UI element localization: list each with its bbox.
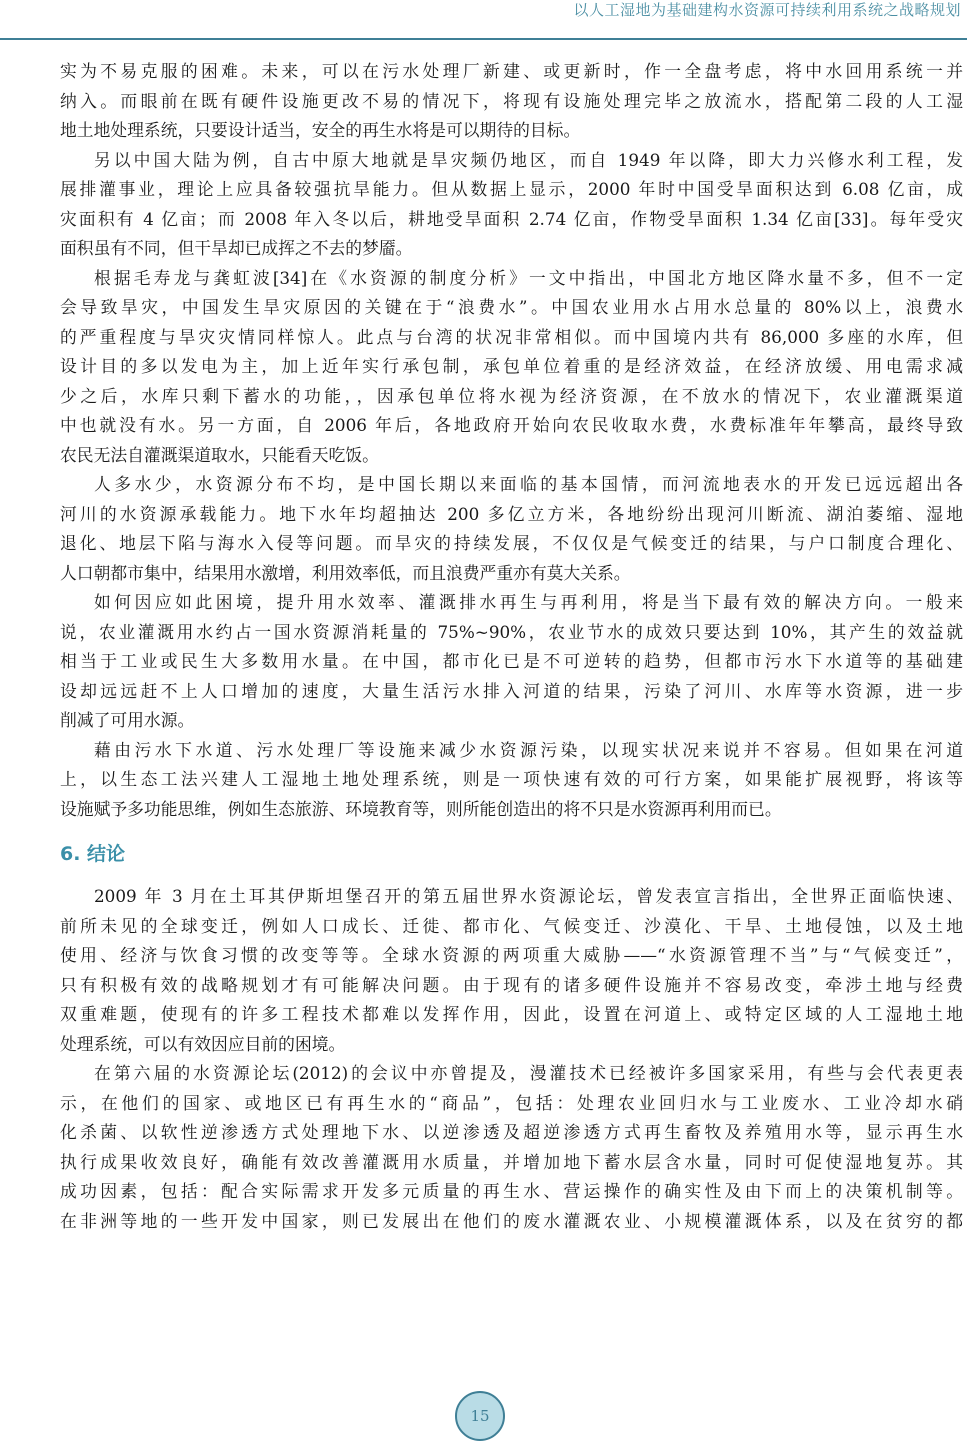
header-divider	[0, 38, 967, 40]
text-line: 河川的水资源承载能力。地下水年均超抽达 200 多亿立方米，各地纷纷出现河川断流…	[60, 500, 963, 530]
text-line: 的严重程度与旱灾灾情同样惊人。此点与台湾的状况非常相似。而中国境内共有 86,0…	[60, 323, 963, 353]
text-line: 面积虽有不同，但干旱却已成挥之不去的梦靥。	[60, 234, 963, 264]
text-line: 设却远远赶不上人口增加的速度，大量生活污水排入河道的结果，污染了河川、水库等水资…	[60, 677, 963, 707]
text-line: 另以中国大陆为例，自古中原大地就是旱灾频仍地区，而自 1949 年以降，即大力兴…	[60, 146, 963, 176]
text-line: 2009 年 3 月在土耳其伊斯坦堡召开的第五届世界水资源论坛，曾发表宣言指出，…	[60, 882, 963, 912]
text-line: 人口朝都市集中，结果用水激增，利用效率低，而且浪费严重亦有莫大关系。	[60, 559, 963, 589]
section-heading-conclusion: 6. 结论	[60, 824, 963, 882]
text-line: 展排灌事业，理论上应具备较强抗旱能力。但从数据上显示，2000 年时中国受旱面积…	[60, 175, 963, 205]
text-line: 根据毛寿龙与龚虹波[34]在《水资源的制度分析》一文中指出，中国北方地区降水量不…	[60, 264, 963, 294]
page-number-badge: 15	[455, 1391, 505, 1441]
text-line: 灾面积有 4 亿亩；而 2008 年入冬以后，耕地受旱面积 2.74 亿亩，作物…	[60, 205, 963, 235]
text-line: 处理系统，可以有效因应目前的困境。	[60, 1030, 963, 1060]
text-line: 双重难题，使现有的许多工程技术都难以发挥作用，因此，设置在河道上、或特定区域的人…	[60, 1000, 963, 1030]
paragraph: 在第六届的水资源论坛(2012)的会议中亦曾提及，漫灌技术已经被许多国家采用，有…	[60, 1059, 963, 1236]
text-line: 地土地处理系统，只要设计适当，安全的再生水将是可以期待的目标。	[60, 116, 963, 146]
running-header-title: 以人工湿地为基础建构水资源可持续利用系统之战略规划	[573, 0, 961, 26]
text-line: 如何因应如此困境，提升用水效率、灌溉排水再生与再利用，将是当下最有效的解决方向。…	[60, 588, 963, 618]
text-line: 成功因素，包括：配合实际需求开发多元质量的再生水、营运操作的确实性及由下而上的决…	[60, 1177, 963, 1207]
text-line: 前所未见的全球变迁，例如人口成长、迁徙、都市化、气候变迁、沙漠化、干旱、土地侵蚀…	[60, 912, 963, 942]
text-line: 人多水少，水资源分布不均，是中国长期以来面临的基本国情，而河流地表水的开发已远远…	[60, 470, 963, 500]
paragraph: 人多水少，水资源分布不均，是中国长期以来面临的基本国情，而河流地表水的开发已远远…	[60, 470, 963, 588]
text-line: 农民无法自灌溉渠道取水，只能看天吃饭。	[60, 441, 963, 471]
text-line: 少之后，水库只剩下蓄水的功能，，因承包单位将水视为经济资源，在不放水的情况下，农…	[60, 382, 963, 412]
text-line: 会导致旱灾，中国发生旱灾原因的关键在于“浪费水”。中国农业用水占用水总量的 80…	[60, 293, 963, 323]
paragraph: 如何因应如此困境，提升用水效率、灌溉排水再生与再利用，将是当下最有效的解决方向。…	[60, 588, 963, 736]
text-line: 使用、经济与饮食习惯的改变等等。全球水资源的两项重大威胁——“水资源管理不当”与…	[60, 941, 963, 971]
text-line: 示，在他们的国家、或地区已有再生水的“商品”，包括：处理农业回归水与工业废水、工…	[60, 1089, 963, 1119]
text-line: 执行成果收效良好，确能有效改善灌溉用水质量，并增加地下蓄水层含水量，同时可促使湿…	[60, 1148, 963, 1178]
text-line: 设施赋予多功能思维，例如生态旅游、环境教育等，则所能创造出的将不只是水资源再利用…	[60, 795, 963, 825]
paragraph: 另以中国大陆为例，自古中原大地就是旱灾频仍地区，而自 1949 年以降，即大力兴…	[60, 146, 963, 264]
text-line: 退化、地层下陷与海水入侵等问题。而旱灾的持续发展，不仅仅是气候变迁的结果，与户口…	[60, 529, 963, 559]
text-line: 纳入。而眼前在既有硬件设施更改不易的情况下，将现有设施处理完毕之放流水，搭配第二…	[60, 87, 963, 117]
text-line: 上，以生态工法兴建人工湿地土地处理系统，则是一项快速有效的可行方案，如果能扩展视…	[60, 765, 963, 795]
text-line: 削减了可用水源。	[60, 706, 963, 736]
paragraph: 根据毛寿龙与龚虹波[34]在《水资源的制度分析》一文中指出，中国北方地区降水量不…	[60, 264, 963, 471]
text-line: 实为不易克服的困难。未来，可以在污水处理厂新建、或更新时，作一全盘考虑，将中水回…	[60, 57, 963, 87]
text-line: 说，农业灌溉用水约占一国水资源消耗量的 75%~90%，农业节水的成效只要达到 …	[60, 618, 963, 648]
paragraph: 实为不易克服的困难。未来，可以在污水处理厂新建、或更新时，作一全盘考虑，将中水回…	[60, 57, 963, 146]
text-line: 相当于工业或民生大多数用水量。在中国，都市化已是不可逆转的趋势，但都市污水下水道…	[60, 647, 963, 677]
text-line: 在非洲等地的一些开发中国家，则已发展出在他们的废水灌溉农业、小规模灌溉体系，以及…	[60, 1207, 963, 1237]
paragraph: 藉由污水下水道、污水处理厂等设施来减少水资源污染，以现实状况来说并不容易。但如果…	[60, 736, 963, 825]
text-line: 在第六届的水资源论坛(2012)的会议中亦曾提及，漫灌技术已经被许多国家采用，有…	[60, 1059, 963, 1089]
page-body: 实为不易克服的困难。未来，可以在污水处理厂新建、或更新时，作一全盘考虑，将中水回…	[60, 57, 963, 1236]
paragraph: 2009 年 3 月在土耳其伊斯坦堡召开的第五届世界水资源论坛，曾发表宣言指出，…	[60, 882, 963, 1059]
text-line: 中也就没有水。另一方面，自 2006 年后，各地政府开始向农民收取水费，水费标准…	[60, 411, 963, 441]
text-line: 只有积极有效的战略规划才有可能解决问题。由于现有的诸多硬件设施并不容易改变，牵涉…	[60, 971, 963, 1001]
text-line: 化杀菌、以软性逆渗透方式处理地下水、以逆渗透及超逆渗透方式再生畜牧及养殖用水等，…	[60, 1118, 963, 1148]
text-line: 设计目的多以发电为主，加上近年实行承包制，承包单位着重的是经济效益，在经济放缓、…	[60, 352, 963, 382]
text-line: 藉由污水下水道、污水处理厂等设施来减少水资源污染，以现实状况来说并不容易。但如果…	[60, 736, 963, 766]
